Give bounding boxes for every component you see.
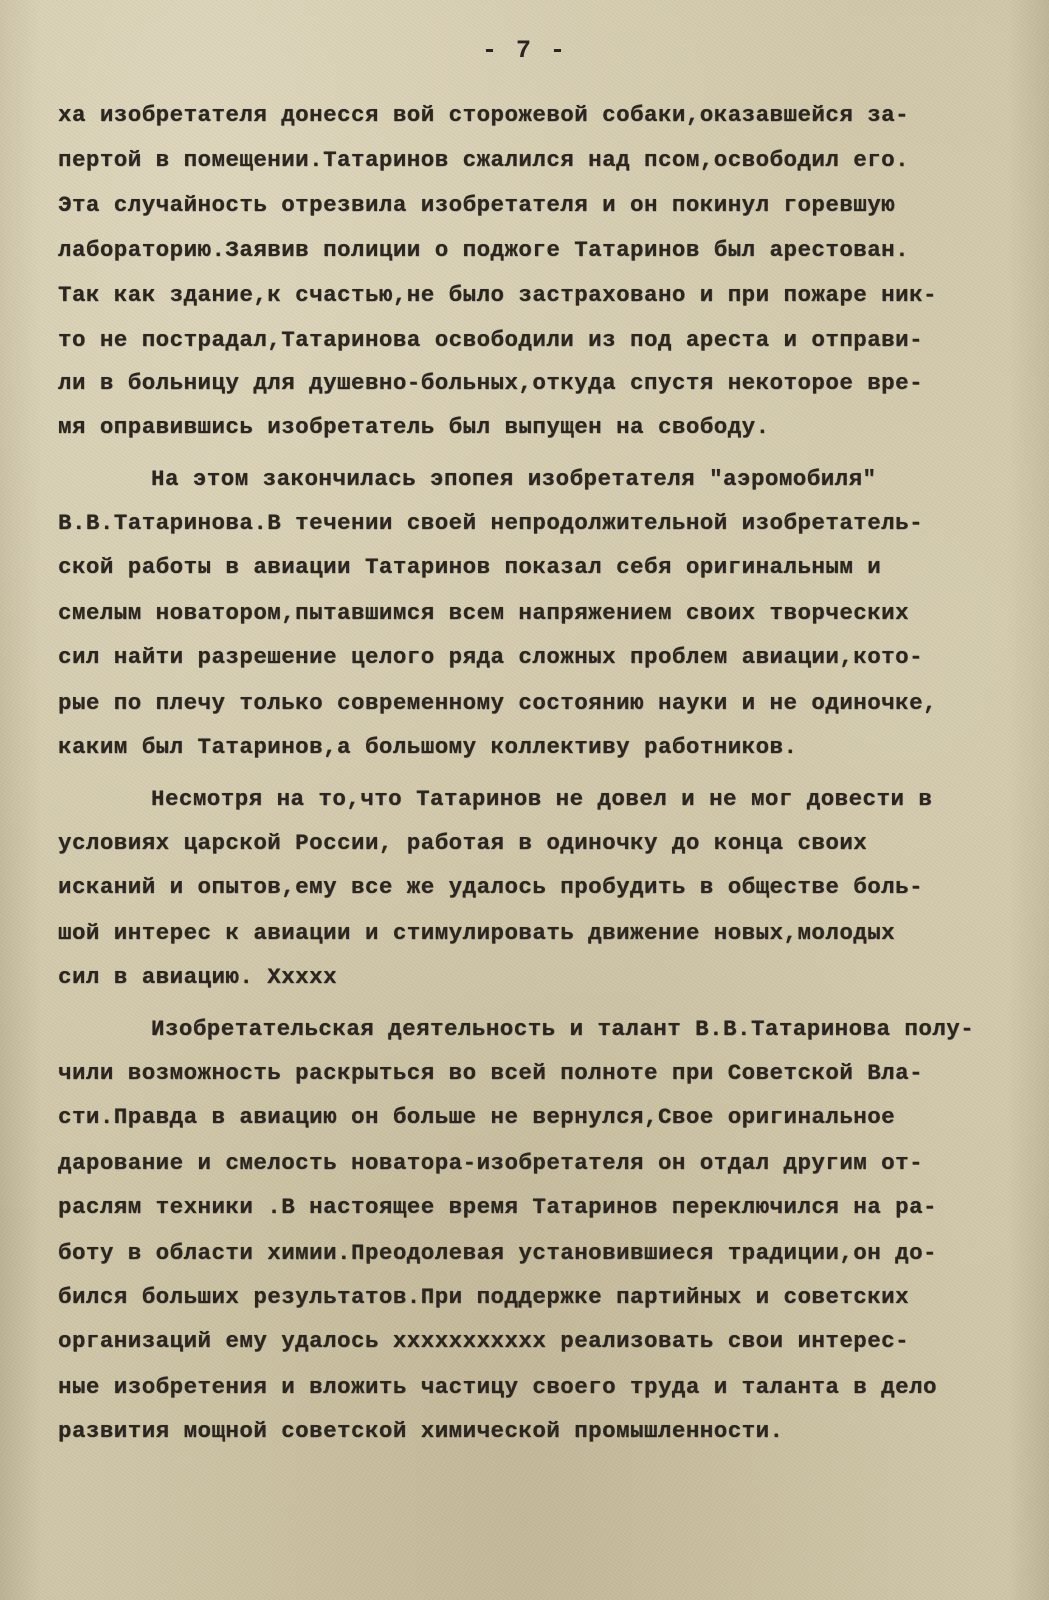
text-line: ха изобретателя донесся вой сторожевой с…	[58, 100, 909, 130]
text-line: Эта случайность отрезвила изобретателя и…	[58, 190, 895, 220]
text-line: шой интерес к авиации и стимулировать дв…	[58, 918, 895, 948]
text-line: бился больших результатов.При поддержке …	[58, 1282, 909, 1312]
text-line: Изобретательская деятельность и талант В…	[58, 1014, 974, 1044]
text-line: Так как здание,к счастью,не было застрах…	[58, 280, 937, 310]
text-line: рые по плечу только современному состоян…	[58, 688, 937, 718]
text-line: ской работы в авиации Татаринов показал …	[58, 552, 881, 582]
text-line: В.В.Татаринова.В течении своей непродолж…	[58, 508, 923, 538]
text-line: исканий и опытов,ему все же удалось проб…	[58, 872, 923, 902]
text-line: развития мощной советской химической про…	[58, 1416, 784, 1446]
text-line: сил найти разрешение целого ряда сложных…	[58, 642, 923, 672]
text-line: Несмотря на то,что Татаринов не довел и …	[58, 784, 932, 814]
text-line: то не пострадал,Татаринова освободили из…	[58, 325, 923, 355]
text-line: чили возможность раскрыться во всей полн…	[58, 1058, 923, 1088]
text-line: организаций ему удалось ххххххххххх реал…	[58, 1326, 909, 1356]
text-line: сти.Правда в авиацию он больше не вернул…	[58, 1102, 895, 1132]
text-line: смелым новатором,пытавшимся всем напряже…	[58, 598, 909, 628]
text-line: раслям техники .В настоящее время Татари…	[58, 1192, 937, 1222]
page-number: - 7 -	[0, 36, 1049, 65]
text-line: ные изобретения и вложить частицу своего…	[58, 1372, 937, 1402]
text-line: боту в области химии.Преодолевая установ…	[58, 1238, 937, 1268]
text-line: лабораторию.Заявив полиции о поджоге Тат…	[58, 235, 909, 265]
text-line: На этом закончилась эпопея изобретателя …	[58, 464, 877, 494]
text-line: условиях царской России, работая в одино…	[58, 828, 867, 858]
text-line: мя оправившись изобретатель был выпущен …	[58, 412, 770, 442]
text-line: ли в больницу для душевно-больных,откуда…	[58, 368, 923, 398]
text-line: дарование и смелость новатора-изобретате…	[58, 1148, 923, 1178]
text-line: сил в авиацию. Ххххх	[58, 962, 337, 992]
text-line: каким был Татаринов,а большому коллектив…	[58, 732, 797, 762]
text-line: пертой в помещении.Татаринов сжалился на…	[58, 145, 909, 175]
